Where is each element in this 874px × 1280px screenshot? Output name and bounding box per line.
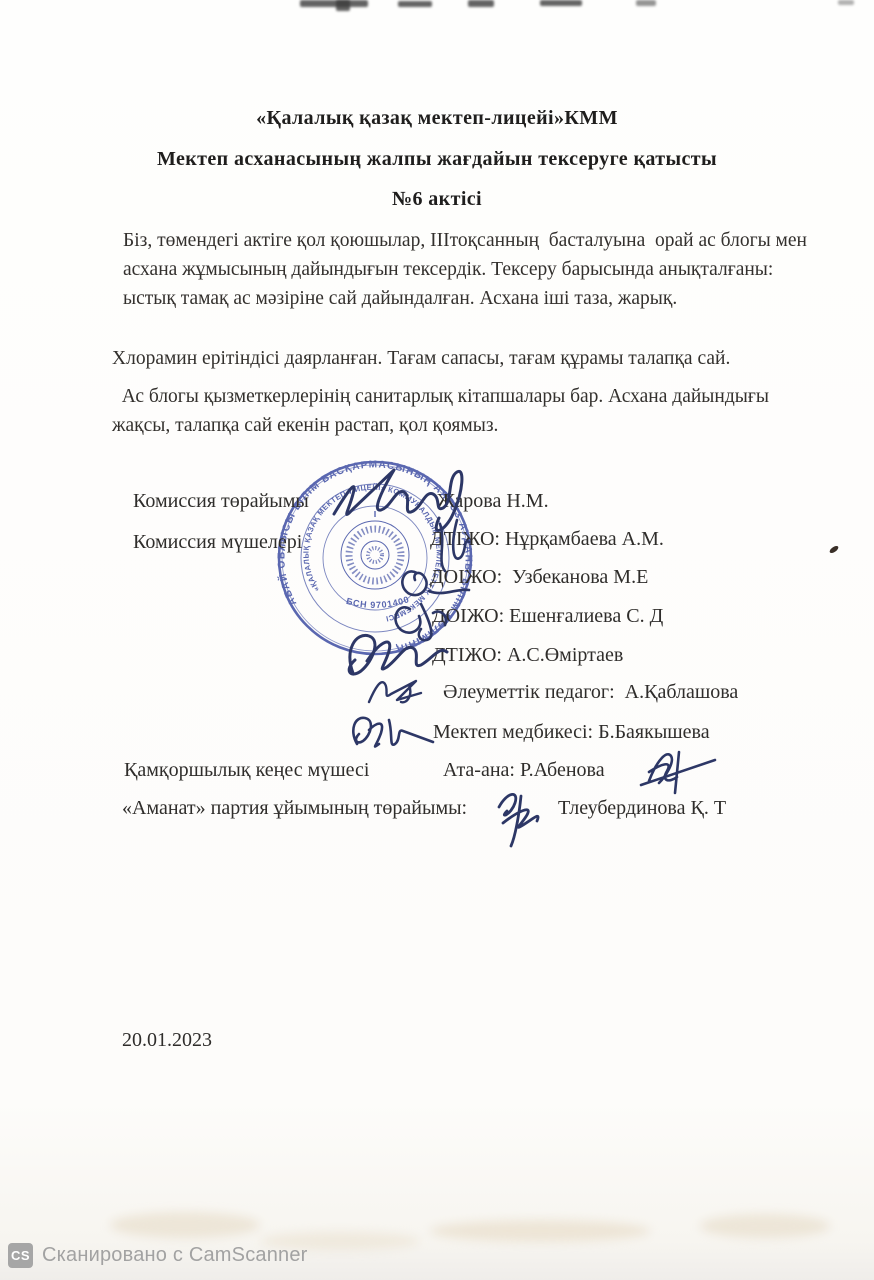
svg-text:БСН 9701400: БСН 9701400	[345, 594, 411, 610]
ink-speck-artifact	[828, 545, 839, 555]
stamp-bsn-text: БСН 9701400	[345, 594, 411, 610]
guardian-council-label: Қамқоршылық кеңес мүшесі	[124, 759, 369, 782]
document-date: 20.01.2023	[122, 1029, 212, 1052]
document-title-act-number: №6 актісі	[0, 188, 874, 211]
scan-artifact-top	[398, 1, 432, 7]
signature-kablashova	[369, 681, 421, 702]
scanned-document-page: «Қалалық қазақ мектеп-лицейі»КММ Мектеп …	[0, 0, 874, 1280]
commission-chair-name: Жарова Н.М.	[437, 490, 549, 513]
amanat-party-label: «Аманат» партия ұйымының төрайымы:	[122, 797, 467, 820]
scan-artifact-top	[300, 0, 368, 7]
guardian-parent-name: Ата-ана: Р.Абенова	[443, 759, 605, 782]
scan-artifact-top	[336, 0, 350, 11]
scan-artifact-top	[468, 0, 494, 7]
paper-texture	[430, 1220, 650, 1242]
scan-artifact-top	[540, 0, 582, 6]
member-row-dtizho-2: ДТІЖО: А.С.Өміртаев	[432, 644, 623, 667]
document-title-org: «Қалалық қазақ мектеп-лицейі»КММ	[0, 107, 874, 130]
commission-members-label: Комиссия мүшелері	[133, 531, 302, 554]
member-row-social-pedagog: Әлеуметтік педагог: А.Қаблашова	[443, 681, 738, 704]
camscanner-logo-icon: CS	[8, 1243, 33, 1268]
body-paragraph-2: Хлорамин ерітіндісі даярланған. Тағам са…	[112, 344, 852, 373]
body-paragraph-1: Біз, төмендегі актіге қол қоюшылар, ІІІт…	[123, 226, 820, 313]
amanat-chair-name: Тлеубердинова Қ. Т	[558, 797, 726, 820]
body-paragraph-3: Ас блогы қызметкерлерінің санитарлық кіт…	[112, 382, 772, 440]
paper-texture	[700, 1214, 830, 1238]
signature-abenova	[641, 752, 715, 793]
document-title-subject: Мектеп асханасының жалпы жағдайын тексер…	[0, 148, 874, 171]
member-row-nurse: Мектеп медбикесі: Б.Баякышева	[433, 721, 710, 744]
member-row-dtizho-1: ДТІЖО: Нұрқамбаева А.М.	[430, 528, 664, 551]
camscanner-watermark-text: Сканировано с CamScanner	[42, 1244, 308, 1267]
scan-artifact-top	[636, 0, 656, 6]
camscanner-watermark: CS Сканировано с CamScanner	[8, 1243, 308, 1268]
member-row-doizho-2: ДОІЖО: Ешенғалиева С. Д	[432, 605, 663, 628]
official-round-stamp: АБАЙ ОБЛЫСЫ БІЛІМ БАСҚАРМАСЫНЫҢ АЯГӨЗ АУ…	[272, 455, 478, 661]
member-row-doizho-1: ДОІЖО: Узбеканова М.Е	[430, 566, 648, 589]
commission-chair-label: Комиссия төрайымы	[133, 490, 309, 513]
signature-tleuberdinova	[499, 794, 538, 846]
stamp-emblem	[341, 511, 409, 589]
signature-bayakysheva	[353, 718, 433, 747]
scan-artifact-top	[838, 0, 854, 5]
paper-texture	[110, 1212, 260, 1238]
stamp-inner-ring	[323, 506, 427, 610]
